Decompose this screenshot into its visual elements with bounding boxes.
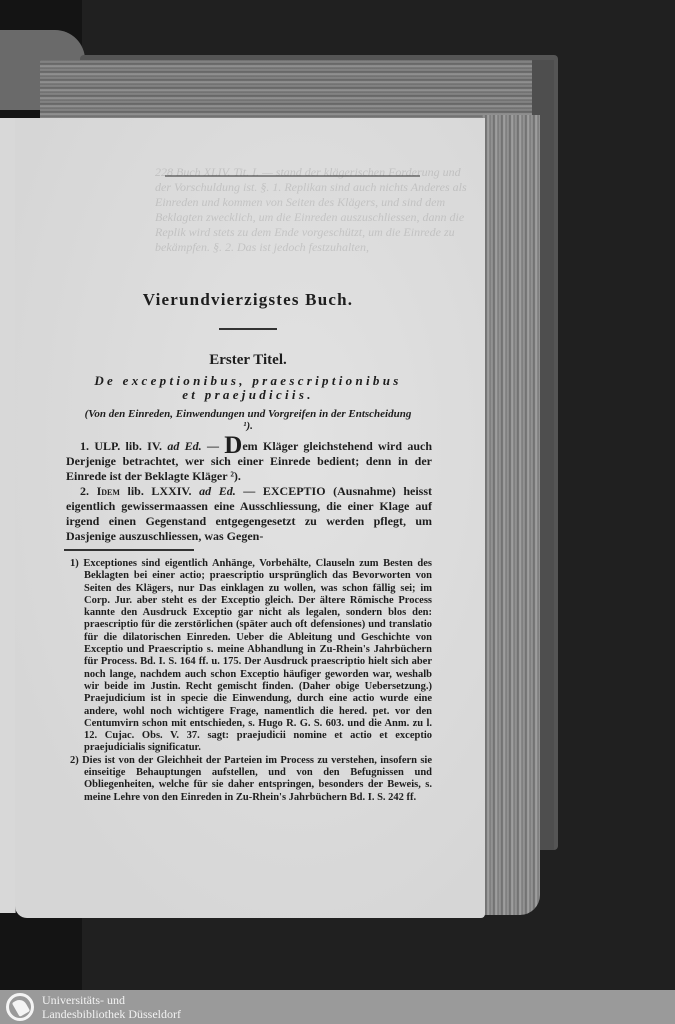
citation: lib. LXXIV. <box>128 484 192 498</box>
footnote-text: Dies ist von der Gleichheit der Parteien… <box>82 755 432 803</box>
library-book-logo-icon <box>6 993 34 1021</box>
latin-title-line2: et praejudiciis. <box>72 388 424 402</box>
page-stack-right-edge <box>482 115 540 915</box>
latin-title-line1: De exceptionibus, praescriptionibus <box>72 374 424 388</box>
citation-italic: ad Ed. <box>199 484 236 498</box>
citation-number: 2. <box>80 484 89 498</box>
page-content: Vierundvierzigstes Buch. Erster Titel. D… <box>80 290 416 804</box>
footnote-divider <box>64 549 194 551</box>
library-name-line1: Universitäts- und <box>42 993 181 1007</box>
citation: 1. ULP. lib. IV. <box>80 439 162 453</box>
footnote-1: 1) Exceptiones sind eigentlich Anhänge, … <box>70 558 432 755</box>
left-page-edge <box>0 118 16 913</box>
paragraph-2: 2. Idem lib. LXXIV. ad Ed. — EXCEPTIO (A… <box>66 484 432 544</box>
footnote-number: 1) <box>70 558 79 569</box>
section-title: Erster Titel. <box>80 352 416 369</box>
paragraph-1: 1. ULP. lib. IV. ad Ed. — Dem Kläger gle… <box>66 439 432 484</box>
book-title: Vierundvierzigstes Buch. <box>80 290 416 310</box>
german-subtitle: (Von den Einreden, Einwendungen und Vorg… <box>80 408 416 432</box>
page-stack-top-edge <box>40 60 540 122</box>
footnote-number: 2) <box>70 755 79 766</box>
dash: — <box>243 484 255 498</box>
latin-title: De exceptionibus, praescriptionibus et p… <box>72 374 424 402</box>
citation-author: Idem <box>97 484 120 498</box>
dash: — <box>207 439 219 453</box>
footnote-text: Exceptiones sind eigentlich Anhänge, Vor… <box>83 558 432 753</box>
library-footer-bar: Universitäts- und Landesbibliothek Düsse… <box>0 990 675 1024</box>
library-name: Universitäts- und Landesbibliothek Düsse… <box>42 993 181 1021</box>
title-divider <box>219 328 277 330</box>
footnote-2: 2) Dies ist von der Gleichheit der Parte… <box>70 755 432 804</box>
citation-italic: ad Ed. <box>167 439 201 453</box>
library-name-line2: Landesbibliothek Düsseldorf <box>42 1007 181 1021</box>
